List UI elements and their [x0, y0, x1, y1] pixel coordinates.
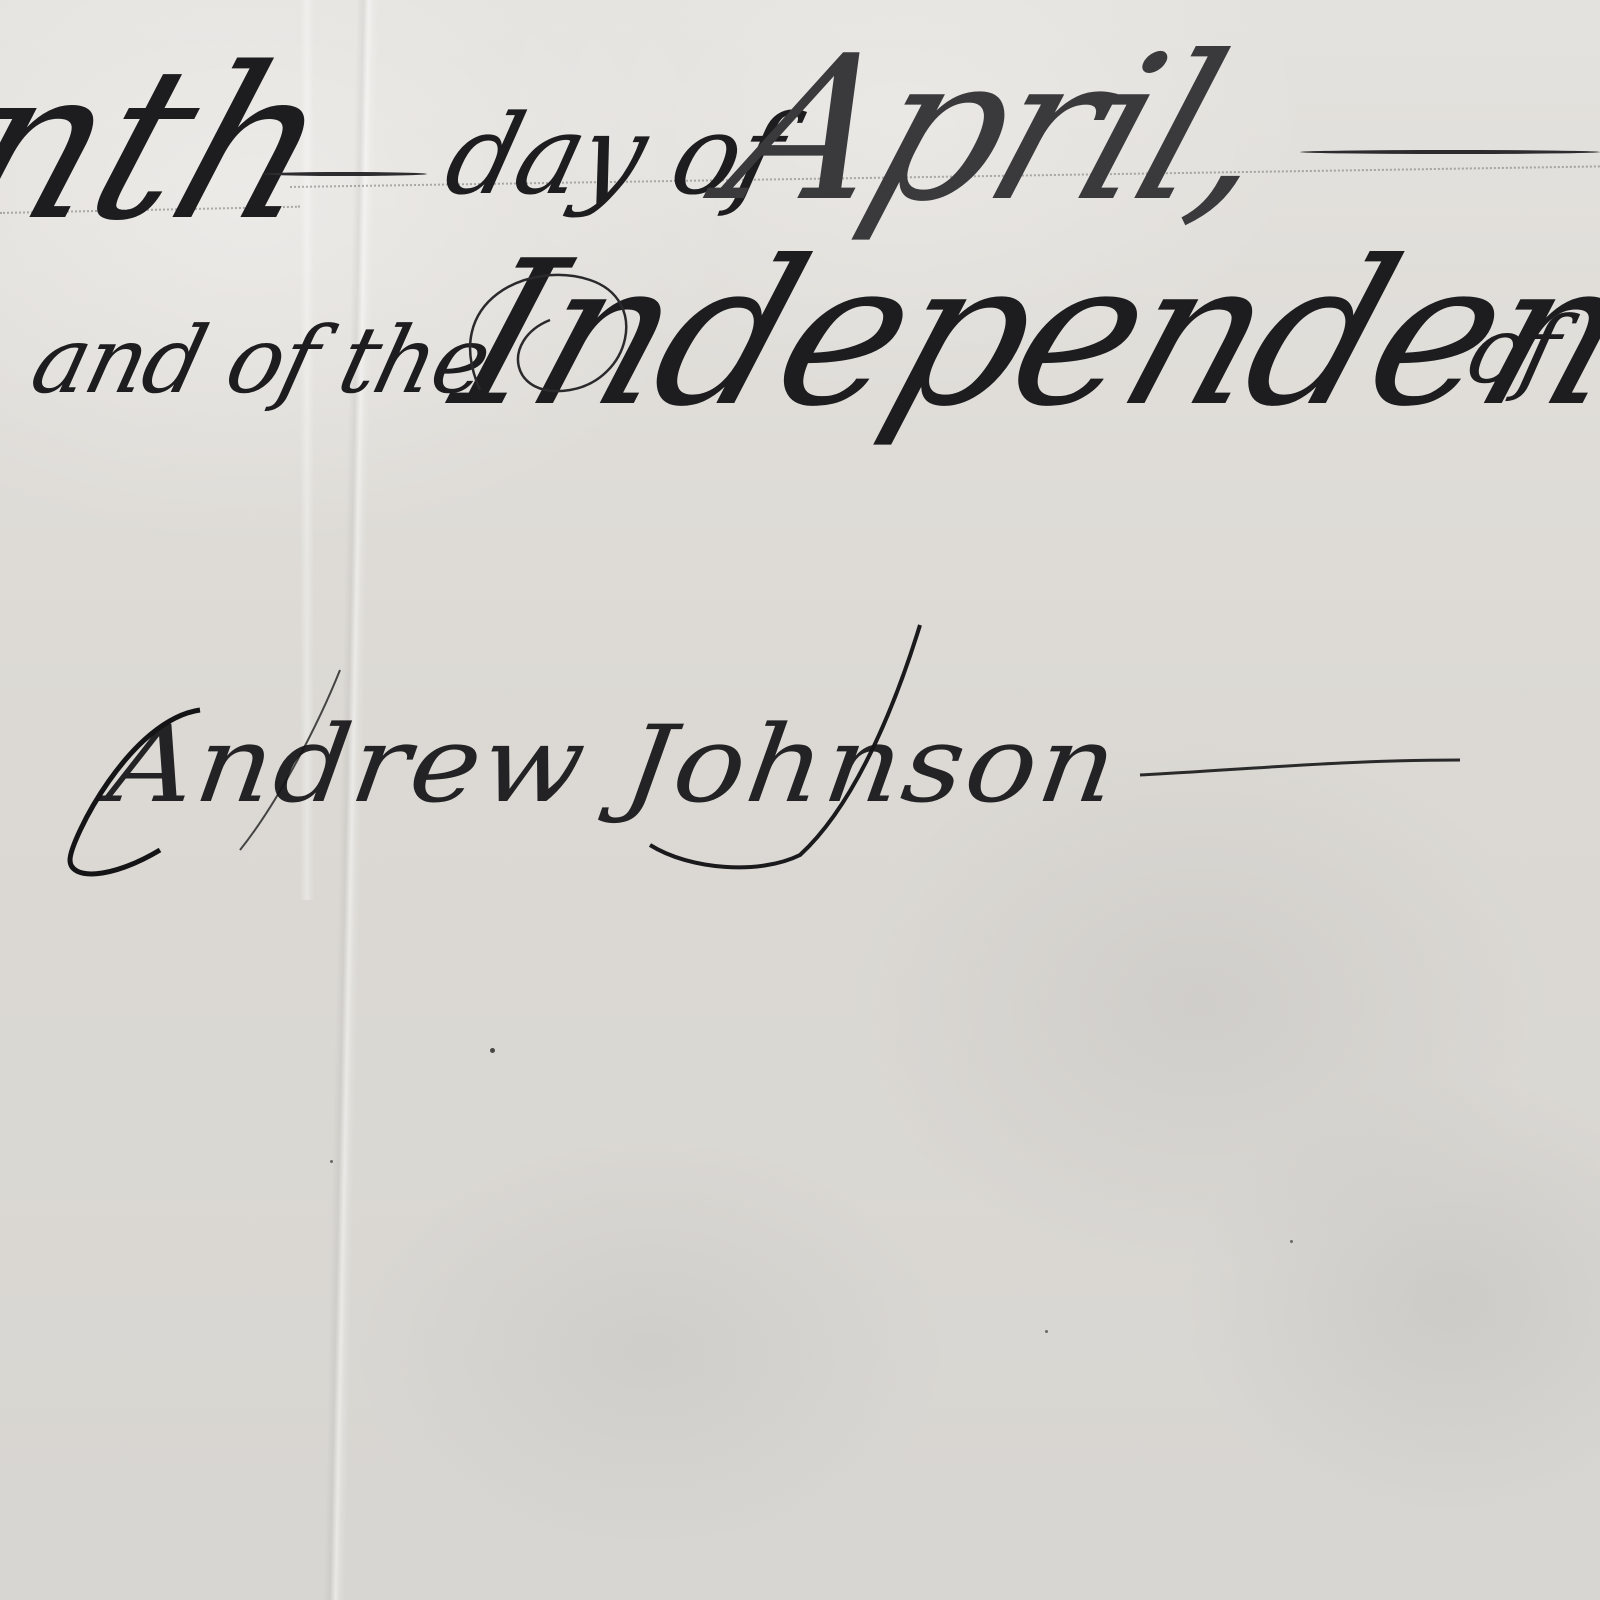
month-text: April,	[708, 30, 1297, 230]
paper-speck	[490, 1048, 495, 1053]
paper-speck	[330, 1160, 333, 1163]
and-of-the-text: and of the	[24, 315, 499, 407]
filler-swash-2	[1300, 150, 1600, 154]
paper-speck	[1045, 1330, 1048, 1333]
paper-speck	[1290, 1240, 1293, 1243]
signature-name: Andrew Johnson	[101, 702, 1126, 826]
signature-block: Andrew Johnson	[40, 600, 1500, 900]
filler-swash-1	[262, 172, 427, 176]
flourish-capital-i	[440, 240, 700, 470]
